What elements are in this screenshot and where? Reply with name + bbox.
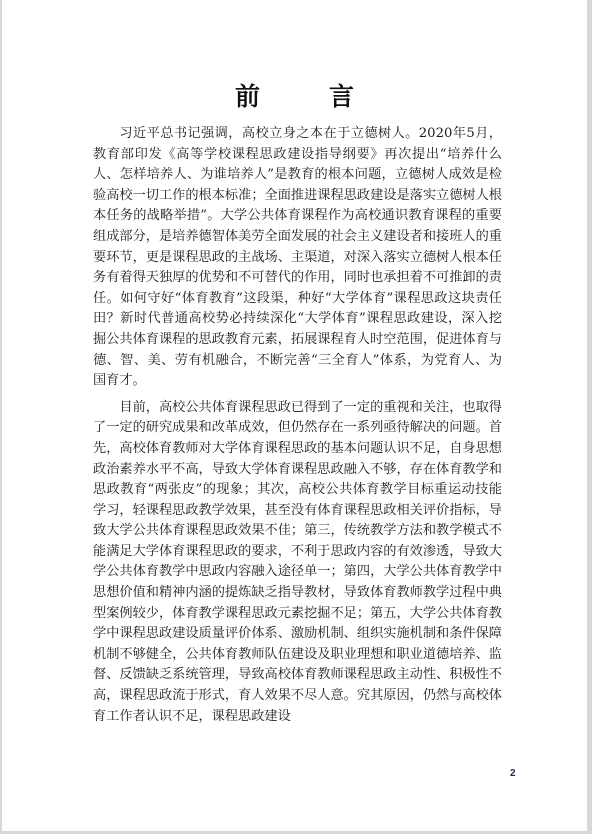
- page-number: 2: [510, 768, 516, 779]
- paragraph: 习近平总书记强调，高校立身之本在于立德树人。2020年5月，教育部印发《高等学校…: [93, 124, 502, 392]
- paragraph: 目前，高校公共体育课程思政已得到了一定的重视和关注，也取得了一定的研究成果和改革…: [93, 398, 502, 728]
- page-title: 前 言: [2, 77, 587, 113]
- document-page: 前 言 习近平总书记强调，高校立身之本在于立德树人。2020年5月，教育部印发《…: [2, 0, 587, 831]
- document-body: 习近平总书记强调，高校立身之本在于立德树人。2020年5月，教育部印发《高等学校…: [93, 124, 502, 727]
